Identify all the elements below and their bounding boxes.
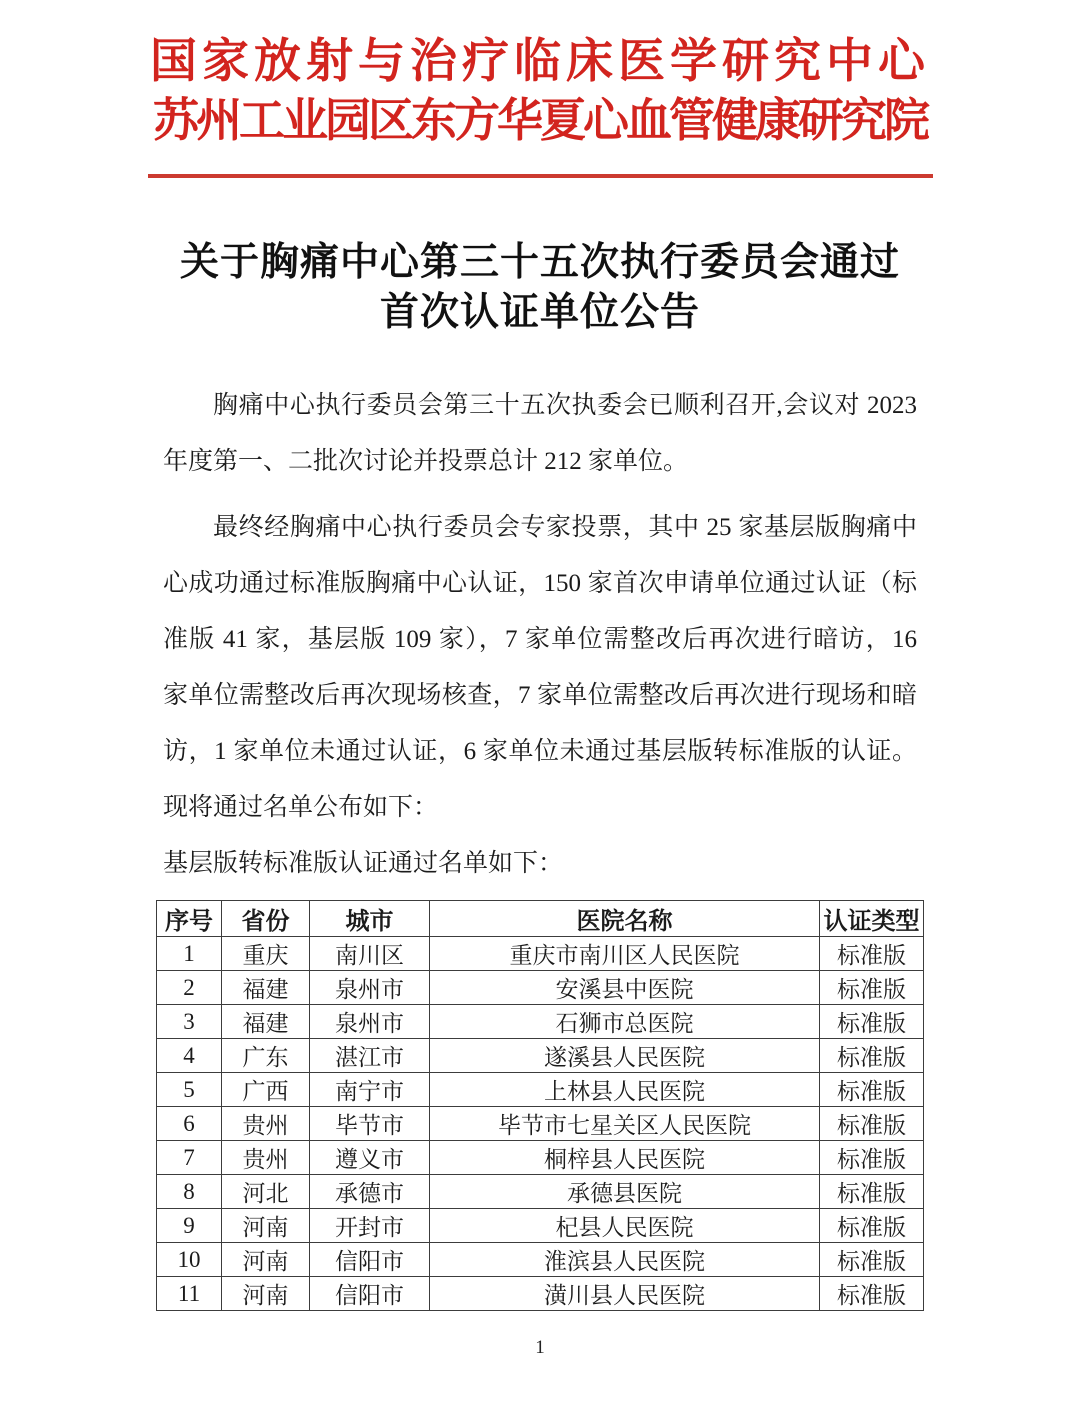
body-line: 胸痛中心执行委员会第三十五次执委会已顺利召开,会议对 2023 [163, 378, 917, 434]
cell-city: 信阳市 [310, 1277, 430, 1311]
document-title: 关于胸痛中心第三十五次执行委员会通过 首次认证单位公告 [0, 238, 1080, 338]
body-line: 心成功通过标准版胸痛中心认证，150 家首次申请单位通过认证（标 [163, 556, 917, 612]
org-name-line2: 苏州工业园区东方华夏心血管健康研究院 [0, 92, 1080, 150]
cell-city: 南川区 [310, 937, 430, 971]
table-row: 4 广东 湛江市 遂溪县人民医院 标准版 [157, 1039, 924, 1073]
body-line: 现将通过名单公布如下： [163, 780, 917, 836]
document-page: 国家放射与治疗临床医学研究中心 苏州工业园区东方华夏心血管健康研究院 关于胸痛中… [0, 0, 1080, 1415]
cell-hospital: 重庆市南川区人民医院 [430, 937, 820, 971]
cell-cert-type: 标准版 [820, 1175, 924, 1209]
table-row: 11 河南 信阳市 潢川县人民医院 标准版 [157, 1277, 924, 1311]
cell-index: 2 [157, 971, 222, 1005]
cell-hospital: 潢川县人民医院 [430, 1277, 820, 1311]
cell-cert-type: 标准版 [820, 1107, 924, 1141]
cell-index: 8 [157, 1175, 222, 1209]
cell-province: 河南 [222, 1277, 310, 1311]
table-body: 1 重庆 南川区 重庆市南川区人民医院 标准版 2 福建 泉州市 安溪县中医院 … [157, 937, 924, 1311]
cell-index: 1 [157, 937, 222, 971]
document-title-line2: 首次认证单位公告 [0, 288, 1080, 338]
table-row: 5 广西 南宁市 上林县人民医院 标准版 [157, 1073, 924, 1107]
cell-province: 福建 [222, 1005, 310, 1039]
column-header: 城市 [310, 901, 430, 937]
cell-index: 7 [157, 1141, 222, 1175]
body-line: 年度第一、二批次讨论并投票总计 212 家单位。 [163, 434, 917, 490]
cell-index: 11 [157, 1277, 222, 1311]
table-row: 1 重庆 南川区 重庆市南川区人民医院 标准版 [157, 937, 924, 971]
column-header: 省份 [222, 901, 310, 937]
cell-cert-type: 标准版 [820, 1005, 924, 1039]
table-row: 6 贵州 毕节市 毕节市七星关区人民医院 标准版 [157, 1107, 924, 1141]
cell-city: 南宁市 [310, 1073, 430, 1107]
cell-cert-type: 标准版 [820, 1209, 924, 1243]
table-row: 10 河南 信阳市 淮滨县人民医院 标准版 [157, 1243, 924, 1277]
cell-province: 河北 [222, 1175, 310, 1209]
cell-index: 5 [157, 1073, 222, 1107]
cell-cert-type: 标准版 [820, 937, 924, 971]
letterhead-divider [148, 174, 933, 178]
cell-province: 河南 [222, 1243, 310, 1277]
column-header: 医院名称 [430, 901, 820, 937]
page-number: 1 [0, 1337, 1080, 1359]
cell-province: 贵州 [222, 1141, 310, 1175]
column-header: 认证类型 [820, 901, 924, 937]
cell-city: 毕节市 [310, 1107, 430, 1141]
cell-city: 泉州市 [310, 1005, 430, 1039]
cell-hospital: 杞县人民医院 [430, 1209, 820, 1243]
cell-hospital: 安溪县中医院 [430, 971, 820, 1005]
document-title-line1: 关于胸痛中心第三十五次执行委员会通过 [0, 238, 1080, 288]
cell-hospital: 上林县人民医院 [430, 1073, 820, 1107]
body-line: 访，1 家单位未通过认证，6 家单位未通过基层版转标准版的认证。 [163, 724, 917, 780]
cell-cert-type: 标准版 [820, 971, 924, 1005]
table-row: 2 福建 泉州市 安溪县中医院 标准版 [157, 971, 924, 1005]
table-row: 9 河南 开封市 杞县人民医院 标准版 [157, 1209, 924, 1243]
cell-cert-type: 标准版 [820, 1073, 924, 1107]
certification-table: 序号 省份 城市 医院名称 认证类型 1 重庆 南川区 重庆市南川区人民医院 [156, 900, 924, 1311]
table-header-row: 序号 省份 城市 医院名称 认证类型 [157, 901, 924, 937]
body-line: 最终经胸痛中心执行委员会专家投票，其中 25 家基层版胸痛中 [163, 500, 917, 556]
cell-cert-type: 标准版 [820, 1277, 924, 1311]
cell-hospital: 石狮市总医院 [430, 1005, 820, 1039]
table-row: 3 福建 泉州市 石狮市总医院 标准版 [157, 1005, 924, 1039]
cell-hospital: 遂溪县人民医院 [430, 1039, 820, 1073]
body-line: 家单位需整改后再次现场核查，7 家单位需整改后再次进行现场和暗 [163, 668, 917, 724]
cell-city: 开封市 [310, 1209, 430, 1243]
cell-cert-type: 标准版 [820, 1039, 924, 1073]
cell-hospital: 淮滨县人民医院 [430, 1243, 820, 1277]
body-text: 胸痛中心执行委员会第三十五次执委会已顺利召开,会议对 2023 年度第一、二批次… [163, 378, 917, 892]
cell-cert-type: 标准版 [820, 1141, 924, 1175]
cell-index: 6 [157, 1107, 222, 1141]
cell-province: 广东 [222, 1039, 310, 1073]
cell-cert-type: 标准版 [820, 1243, 924, 1277]
cell-hospital: 毕节市七星关区人民医院 [430, 1107, 820, 1141]
letterhead: 国家放射与治疗临床医学研究中心 苏州工业园区东方华夏心血管健康研究院 [0, 0, 1080, 178]
org-name-line1: 国家放射与治疗临床医学研究中心 [0, 32, 1080, 92]
cell-province: 广西 [222, 1073, 310, 1107]
cell-city: 承德市 [310, 1175, 430, 1209]
cell-hospital: 桐梓县人民医院 [430, 1141, 820, 1175]
table-row: 8 河北 承德市 承德县医院 标准版 [157, 1175, 924, 1209]
cell-province: 河南 [222, 1209, 310, 1243]
cell-index: 10 [157, 1243, 222, 1277]
cell-province: 福建 [222, 971, 310, 1005]
table-row: 7 贵州 遵义市 桐梓县人民医院 标准版 [157, 1141, 924, 1175]
cell-index: 3 [157, 1005, 222, 1039]
column-header: 序号 [157, 901, 222, 937]
cell-city: 信阳市 [310, 1243, 430, 1277]
cell-province: 重庆 [222, 937, 310, 971]
cell-city: 泉州市 [310, 971, 430, 1005]
cell-hospital: 承德县医院 [430, 1175, 820, 1209]
cell-index: 4 [157, 1039, 222, 1073]
cell-city: 湛江市 [310, 1039, 430, 1073]
cell-province: 贵州 [222, 1107, 310, 1141]
body-line: 基层版转标准版认证通过名单如下： [163, 836, 917, 892]
cell-city: 遵义市 [310, 1141, 430, 1175]
body-line: 准版 41 家，基层版 109 家），7 家单位需整改后再次进行暗访，16 [163, 612, 917, 668]
cell-index: 9 [157, 1209, 222, 1243]
